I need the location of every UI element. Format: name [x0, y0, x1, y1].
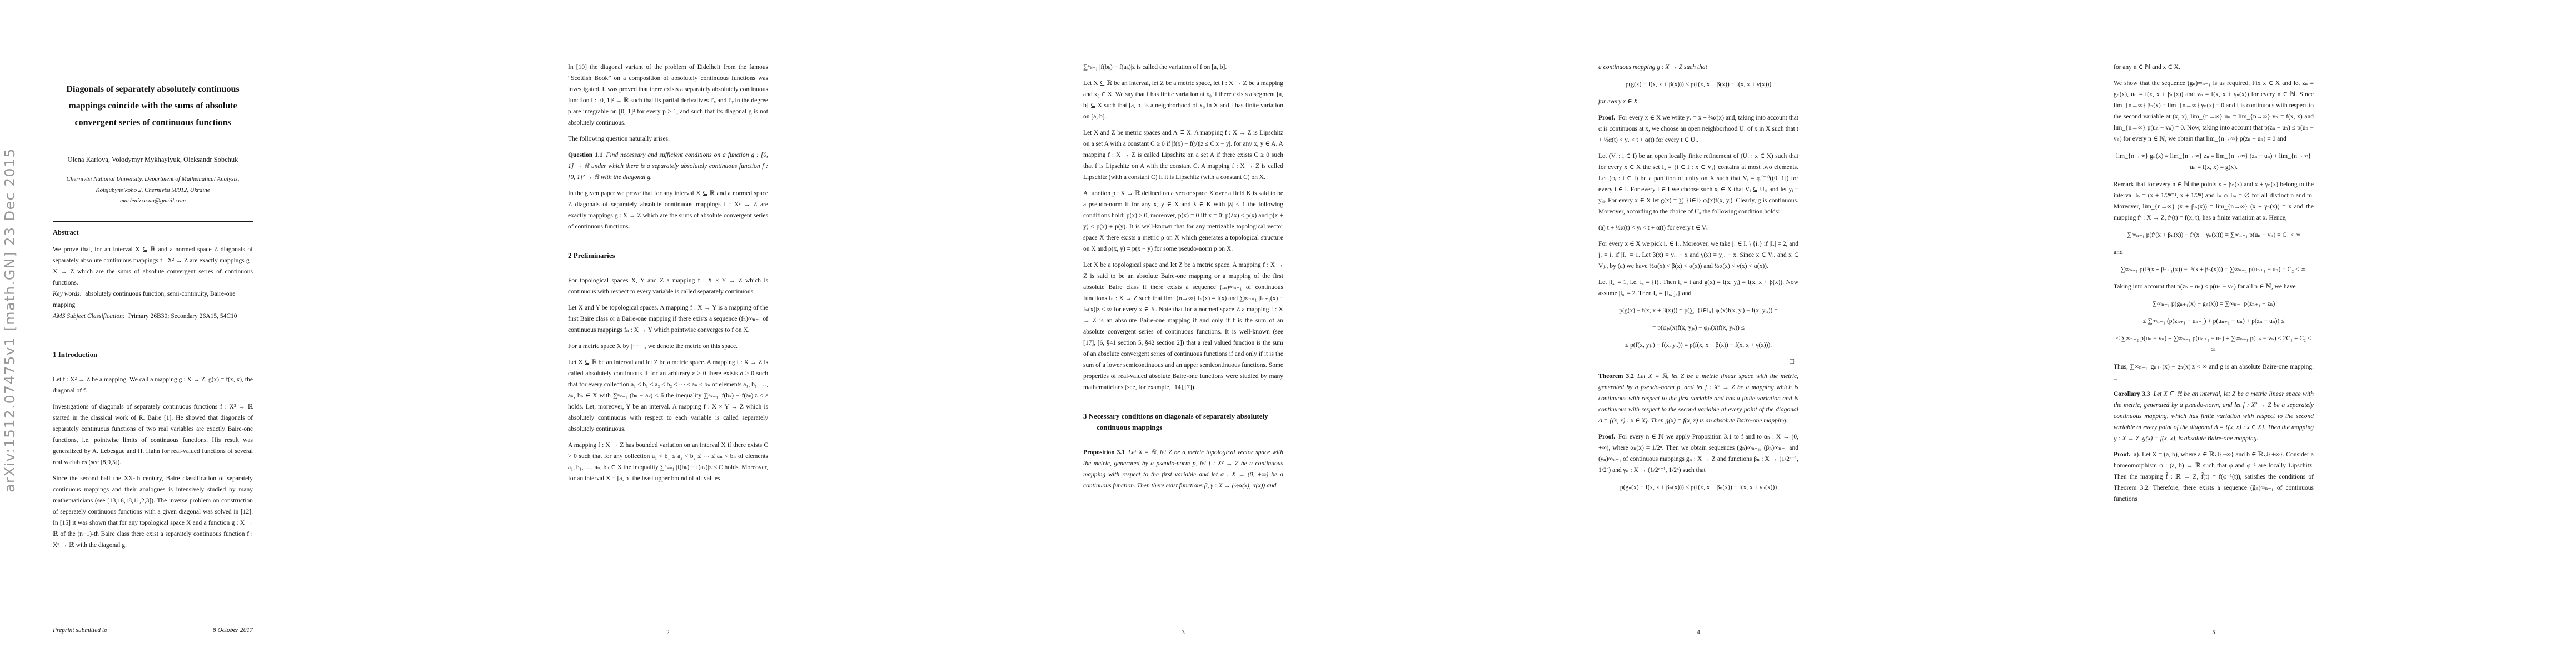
paragraph: Let X ⊆ ℝ be an interval, let Z be a met…: [1083, 78, 1283, 122]
abstract-block: AbstractWe prove that, for an interval X…: [53, 221, 253, 331]
page-content: for any n ∈ ℕ and x ∈ X.We show that the…: [2114, 0, 2314, 510]
section-heading: 1 Introduction: [53, 349, 253, 360]
page-number: 5: [2114, 629, 2314, 636]
equation: p(g(x) − f(x, x + β(x))) = p(∑_{i∈Iₓ} φᵢ…: [1598, 305, 1798, 316]
page-content: Diagonals of separately absolutely conti…: [53, 0, 253, 556]
statement-label: Question 1.1: [568, 152, 602, 158]
paragraph: and: [2114, 247, 2314, 258]
abstract-text: We prove that, for an interval X ⊆ ℝ and…: [53, 244, 253, 288]
paragraph: Thus, ∑∞ₙ₌₁ |gₙ₊₁(x) − gₙ(x)|ᴢ < ∞ and g…: [2114, 361, 2314, 384]
statement-label: Proof.: [2114, 451, 2130, 458]
page-4: a continuous mapping g : X → Z such that…: [1546, 0, 2061, 667]
paragraph: a continuous mapping g : X → Z such that: [1598, 62, 1798, 73]
paper-canvas: arXiv:1512.07475v1 [math.GN] 23 Dec 2015…: [0, 0, 2576, 667]
statement-label: Theorem 3.2: [1598, 373, 1634, 380]
paragraph: Remark that for every n ∈ ℕ the points x…: [2114, 179, 2314, 223]
affiliation-line: maslenizza.ua@gmail.com: [53, 196, 253, 207]
paragraph: (a) t + ½α(t) < yᵢ < t + α(t) for every …: [1598, 222, 1798, 233]
labeled-paragraph: Corollary 3.3Let X ⊆ ℝ be an interval, l…: [2114, 389, 2314, 444]
keywords-text: Primary 26B30; Secondary 26A15, 54C10: [128, 313, 237, 320]
authors-line: Olena Karlova, Volodymyr Mykhaylyuk, Ole…: [53, 156, 253, 164]
qed-box: □: [1598, 357, 1794, 366]
section-heading: 3 Necessary conditions on diagonals of s…: [1083, 411, 1283, 433]
arxiv-watermark: arXiv:1512.07475v1 [math.GN] 23 Dec 2015: [2, 128, 19, 512]
paragraph: For every x ∈ X we pick iₓ ∈ Iₓ. Moreove…: [1598, 238, 1798, 272]
labeled-paragraph: Question 1.1Find necessary and sufficien…: [568, 150, 768, 183]
statement-text: For every x ∈ X we write yₓ = x + ¾α(x) …: [1598, 115, 1798, 143]
affiliation-line: Chernivtsi National University, Departme…: [53, 174, 253, 185]
statement-text: Let X = ℝ, let Z be a metric linear spac…: [1598, 373, 1798, 424]
paragraph: Taking into account that p(zₙ − uₙ) ≤ p(…: [2114, 281, 2314, 292]
keywords-label: AMS Subject Classification:: [53, 313, 125, 320]
equation: ∑∞ₙ₌₁ p(fˣ(x + βₙ₊₁(x)) − fˣ(x + βₙ(x)))…: [2114, 264, 2314, 275]
labeled-paragraph: Proof.For every x ∈ X we write yₓ = x + …: [1598, 112, 1798, 146]
affiliation-line: Kotsjubyns’koho 2, Chernivtsi 58012, Ukr…: [53, 185, 253, 196]
page-content: In [10] the diagonal variant of the prob…: [568, 0, 768, 489]
paragraph: Let X and Y be topological spaces. A map…: [568, 302, 768, 336]
equation: p(gₙ(x) − f(x, x + βₙ(x))) ≤ p(f(x, x + …: [1598, 482, 1798, 493]
paragraph: Let |Iₓ| = 1, i.e. Iₓ = {i}. Then iₓ = i…: [1598, 277, 1798, 299]
statement-text: a). Let X = (a, b), where a ∈ ℝ∪{−∞} and…: [2114, 451, 2314, 502]
page-3: ∑ⁿₖ₌₁ |f(bₖ) − f(aₖ)|ᴢ is called the var…: [1030, 0, 1546, 667]
paragraph: We show that the sequence (gₙ)∞ₙ₌₁ is as…: [2114, 78, 2314, 145]
statement-text: For every n ∈ ℕ we apply Proposition 3.1…: [1598, 434, 1798, 474]
statement-label: Proof.: [1598, 434, 1615, 440]
abstract-heading: Abstract: [53, 228, 253, 237]
paragraph: A function p : X → ℝ defined on a vector…: [1083, 188, 1283, 255]
statement-text: Let X ⊆ ℝ be an interval, let Z be a met…: [2114, 391, 2314, 442]
paragraph: Let (Vᵢ : i ∈ I) be an open locally fini…: [1598, 151, 1798, 217]
page-number: 2: [568, 629, 768, 636]
labeled-paragraph: Theorem 3.2Let X = ℝ, let Z be a metric …: [1598, 371, 1798, 426]
page-2: In [10] the diagonal variant of the prob…: [515, 0, 1030, 667]
page-1: arXiv:1512.07475v1 [math.GN] 23 Dec 2015…: [0, 0, 515, 667]
paragraph: In [10] the diagonal variant of the prob…: [568, 62, 768, 128]
footer-left: Preprint submitted to: [53, 627, 107, 634]
equation: ≤ ∑∞ₙ₌₁ (p(zₙ₊₁ − uₙ₊₁) + p(uₙ₊₁ − uₙ) +…: [2114, 316, 2314, 327]
equation: lim_{n→∞} gₙ(x) = lim_{n→∞} zₙ = lim_{n→…: [2114, 151, 2314, 173]
labeled-paragraph: Proposition 3.1Let X = ℝ, let Z be a met…: [1083, 447, 1283, 491]
footer-right: 8 October 2017: [213, 627, 253, 634]
labeled-paragraph: Proof.For every n ∈ ℕ we apply Propositi…: [1598, 431, 1798, 476]
page-content: ∑ⁿₖ₌₁ |f(bₖ) − f(aₖ)|ᴢ is called the var…: [1083, 0, 1283, 496]
paragraph: Let X ⊆ ℝ be an interval and let Z be a …: [568, 357, 768, 435]
page-number: 3: [1083, 629, 1283, 636]
statement-label: Corollary 3.3: [2114, 391, 2150, 397]
equation: ∑∞ₙ₌₁ p(fˣ(x + βₙ(x)) − fˣ(x + γₙ(x))) =…: [2114, 230, 2314, 241]
equation: ∑∞ₙ₌₁ p(gₙ₊₁(x) − gₙ(x)) = ∑∞ₙ₌₁ p(zₙ₊₁ …: [2114, 298, 2314, 310]
labeled-paragraph: Proof.a). Let X = (a, b), where a ∈ ℝ∪{−…: [2114, 449, 2314, 505]
footer: Preprint submitted to8 October 2017: [53, 627, 253, 634]
page-number: 4: [1598, 629, 1798, 636]
paragraph: For topological spaces X, Y and Z a mapp…: [568, 275, 768, 297]
paragraph: Investigations of diagonals of separatel…: [53, 401, 253, 468]
paragraph: Let X be a topological space and let Z b…: [1083, 260, 1283, 393]
paragraph: for every x ∈ X.: [1598, 96, 1798, 107]
section-heading: 2 Preliminaries: [568, 250, 768, 261]
paragraph: In the given paper we prove that for any…: [568, 188, 768, 232]
keywords-line: Key words:absolutely continuous function…: [53, 288, 253, 311]
paragraph: Let X and Z be metric spaces and A ⊆ X. …: [1083, 127, 1283, 183]
equation: ≤ p(f(x, yⱼₓ) − f(x, yᵢₓ)) = p(f(x, x + …: [1598, 340, 1798, 351]
page-content: a continuous mapping g : X → Z such that…: [1598, 0, 1798, 499]
keywords-label: Key words:: [53, 291, 82, 297]
statement-label: Proof.: [1598, 115, 1615, 121]
paragraph: A mapping f : X → Z has bounded variatio…: [568, 440, 768, 484]
paragraph: ∑ⁿₖ₌₁ |f(bₖ) − f(aₖ)|ᴢ is called the var…: [1083, 62, 1283, 73]
paragraph: Since the second half the XX-th century,…: [53, 473, 253, 551]
equation: p(g(x) − f(x, x + β(x))) ≤ p(f(x, x + β(…: [1598, 79, 1798, 90]
paragraph: for any n ∈ ℕ and x ∈ X.: [2114, 62, 2314, 73]
paper-title: Diagonals of separately absolutely conti…: [53, 81, 253, 131]
page-5: for any n ∈ ℕ and x ∈ X.We show that the…: [2061, 0, 2576, 667]
equation: ≤ ∑∞ₙ₌₂ p(uₙ − vₙ) + ∑∞ₙ₌₁ p(uₙ₊₁ − uₙ) …: [2114, 333, 2314, 355]
paragraph: Let f : X² → Z be a mapping. We call a m…: [53, 374, 253, 396]
keywords-line: AMS Subject Classification:Primary 26B30…: [53, 311, 253, 322]
statement-label: Proposition 3.1: [1083, 449, 1125, 456]
equation: = p(φⱼₓ(x)f(x, yⱼₓ) − φⱼₓ(x)f(x, yᵢₓ)) ≤: [1598, 322, 1798, 333]
paragraph: For a metric space X by |· − ·|ₓ we deno…: [568, 341, 768, 352]
paragraph: The following question naturally arises.: [568, 133, 768, 145]
